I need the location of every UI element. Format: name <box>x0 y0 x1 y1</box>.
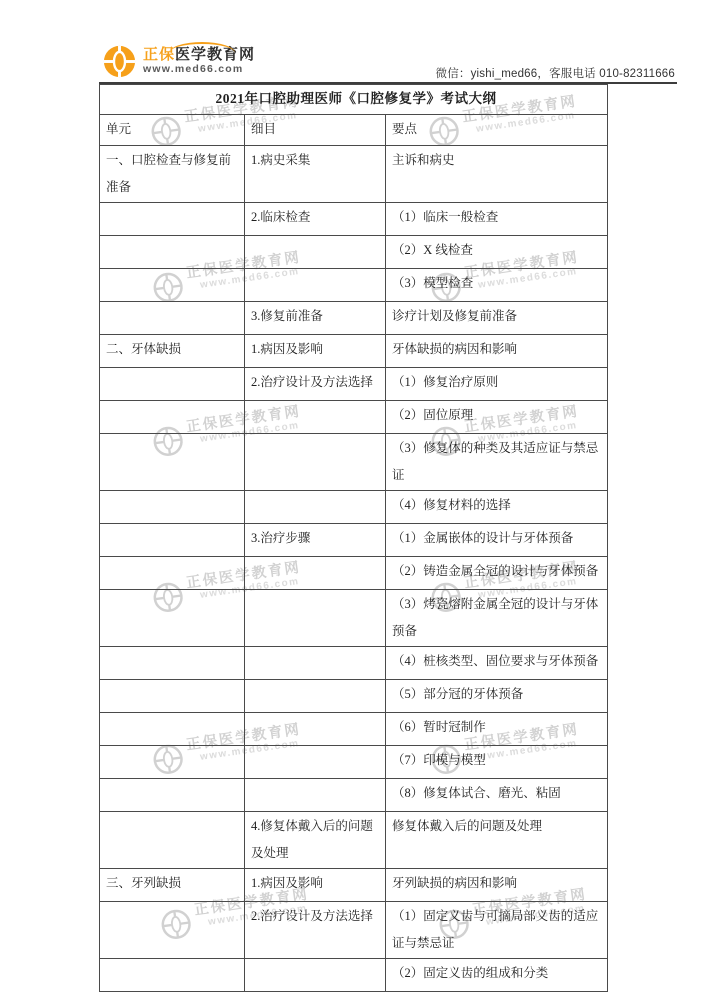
syllabus-table: 2021年口腔助理医师《口腔修复学》考试大纲 单元 细目 要点 一、口腔检查与修… <box>99 84 608 992</box>
document-page: 正保医学教育网www.med66.com正保医学教育网www.med66.com… <box>0 0 707 1000</box>
point-cell: （2）铸造金属全冠的设计与牙体预备 <box>386 557 608 590</box>
point-cell: 修复体戴入后的问题及处理 <box>386 812 608 869</box>
item-cell <box>245 236 386 269</box>
point-cell: （2）固定义齿的组成和分类 <box>386 959 608 992</box>
unit-cell <box>100 590 245 647</box>
unit-cell <box>100 236 245 269</box>
brand-text: 正保医学教育网 www.med66.com <box>143 47 255 76</box>
contact-info: 微信：yishi_med66，客服电话 010-82311666 <box>436 65 676 81</box>
item-cell <box>245 959 386 992</box>
table-title-row: 2021年口腔助理医师《口腔修复学》考试大纲 <box>100 85 608 115</box>
table-row: （3）烤瓷熔附金属全冠的设计与牙体预备 <box>100 590 608 647</box>
point-cell: （4）桩核类型、固位要求与牙体预备 <box>386 647 608 680</box>
column-header-item: 细目 <box>245 115 386 146</box>
table-row: 2.治疗设计及方法选择（1）修复治疗原则 <box>100 368 608 401</box>
point-cell: 诊疗计划及修复前准备 <box>386 302 608 335</box>
unit-cell <box>100 680 245 713</box>
table-row: （8）修复体试合、磨光、粘固 <box>100 779 608 812</box>
brand-website: www.med66.com <box>143 64 255 76</box>
unit-cell <box>100 557 245 590</box>
point-cell: （3）修复体的种类及其适应证与禁忌证 <box>386 434 608 491</box>
unit-cell <box>100 713 245 746</box>
column-header-point: 要点 <box>386 115 608 146</box>
unit-cell <box>100 434 245 491</box>
unit-cell <box>100 647 245 680</box>
point-cell: （1）临床一般检查 <box>386 203 608 236</box>
table-row: （2）X 线检查 <box>100 236 608 269</box>
point-cell: 主诉和病史 <box>386 146 608 203</box>
point-cell: 牙体缺损的病因和影响 <box>386 335 608 368</box>
item-cell: 1.病史采集 <box>245 146 386 203</box>
table-row: （2）固定义齿的组成和分类 <box>100 959 608 992</box>
item-cell <box>245 269 386 302</box>
unit-cell <box>100 302 245 335</box>
table-row: 2.临床检查（1）临床一般检查 <box>100 203 608 236</box>
point-cell: （3）烤瓷熔附金属全冠的设计与牙体预备 <box>386 590 608 647</box>
item-cell <box>245 680 386 713</box>
unit-cell: 三、牙列缺损 <box>100 869 245 902</box>
point-cell: （7）印模与模型 <box>386 746 608 779</box>
table-row: （5）部分冠的牙体预备 <box>100 680 608 713</box>
item-cell: 4.修复体戴入后的问题及处理 <box>245 812 386 869</box>
item-cell: 2.临床检查 <box>245 203 386 236</box>
unit-cell: 一、口腔检查与修复前准备 <box>100 146 245 203</box>
table-row: （2）铸造金属全冠的设计与牙体预备 <box>100 557 608 590</box>
item-cell: 2.治疗设计及方法选择 <box>245 902 386 959</box>
item-cell <box>245 491 386 524</box>
item-cell <box>245 590 386 647</box>
unit-cell <box>100 959 245 992</box>
item-cell: 1.病因及影响 <box>245 335 386 368</box>
table-row: 一、口腔检查与修复前准备1.病史采集主诉和病史 <box>100 146 608 203</box>
table-row: （2）固位原理 <box>100 401 608 434</box>
item-cell <box>245 557 386 590</box>
point-cell: （8）修复体试合、磨光、粘固 <box>386 779 608 812</box>
unit-cell <box>100 269 245 302</box>
brand-logo: 正保医学教育网 www.med66.com <box>103 45 255 78</box>
unit-cell <box>100 524 245 557</box>
point-cell: （1）修复治疗原则 <box>386 368 608 401</box>
item-cell <box>245 746 386 779</box>
table-row: （4）修复材料的选择 <box>100 491 608 524</box>
item-cell: 3.治疗步骤 <box>245 524 386 557</box>
unit-cell <box>100 812 245 869</box>
unit-cell <box>100 368 245 401</box>
item-cell: 3.修复前准备 <box>245 302 386 335</box>
point-cell: （6）暂时冠制作 <box>386 713 608 746</box>
point-cell: （1）固定义齿与可摘局部义齿的适应证与禁忌证 <box>386 902 608 959</box>
table-row: （3）修复体的种类及其适应证与禁忌证 <box>100 434 608 491</box>
point-cell: （5）部分冠的牙体预备 <box>386 680 608 713</box>
item-cell <box>245 647 386 680</box>
table-title: 2021年口腔助理医师《口腔修复学》考试大纲 <box>100 85 608 115</box>
table-header-row: 单元 细目 要点 <box>100 115 608 146</box>
table-row: 三、牙列缺损1.病因及影响牙列缺损的病因和影响 <box>100 869 608 902</box>
item-cell <box>245 401 386 434</box>
item-cell <box>245 779 386 812</box>
point-cell: 牙列缺损的病因和影响 <box>386 869 608 902</box>
unit-cell <box>100 746 245 779</box>
point-cell: （3）模型检查 <box>386 269 608 302</box>
cross-circle-logo-icon <box>103 45 136 78</box>
item-cell: 2.治疗设计及方法选择 <box>245 368 386 401</box>
unit-cell: 二、牙体缺损 <box>100 335 245 368</box>
unit-cell <box>100 902 245 959</box>
table-row: 二、牙体缺损1.病因及影响牙体缺损的病因和影响 <box>100 335 608 368</box>
table-row: 3.修复前准备诊疗计划及修复前准备 <box>100 302 608 335</box>
point-cell: （2）X 线检查 <box>386 236 608 269</box>
point-cell: （2）固位原理 <box>386 401 608 434</box>
table-row: 4.修复体戴入后的问题及处理修复体戴入后的问题及处理 <box>100 812 608 869</box>
unit-cell <box>100 491 245 524</box>
table-row: 2.治疗设计及方法选择（1）固定义齿与可摘局部义齿的适应证与禁忌证 <box>100 902 608 959</box>
table-row: （4）桩核类型、固位要求与牙体预备 <box>100 647 608 680</box>
table-row: 3.治疗步骤（1）金属嵌体的设计与牙体预备 <box>100 524 608 557</box>
item-cell <box>245 713 386 746</box>
table-row: （3）模型检查 <box>100 269 608 302</box>
point-cell: （4）修复材料的选择 <box>386 491 608 524</box>
table-row: （7）印模与模型 <box>100 746 608 779</box>
item-cell <box>245 434 386 491</box>
column-header-unit: 单元 <box>100 115 245 146</box>
point-cell: （1）金属嵌体的设计与牙体预备 <box>386 524 608 557</box>
unit-cell <box>100 779 245 812</box>
unit-cell <box>100 401 245 434</box>
brand-swoosh <box>169 42 235 53</box>
table-row: （6）暂时冠制作 <box>100 713 608 746</box>
item-cell: 1.病因及影响 <box>245 869 386 902</box>
unit-cell <box>100 203 245 236</box>
